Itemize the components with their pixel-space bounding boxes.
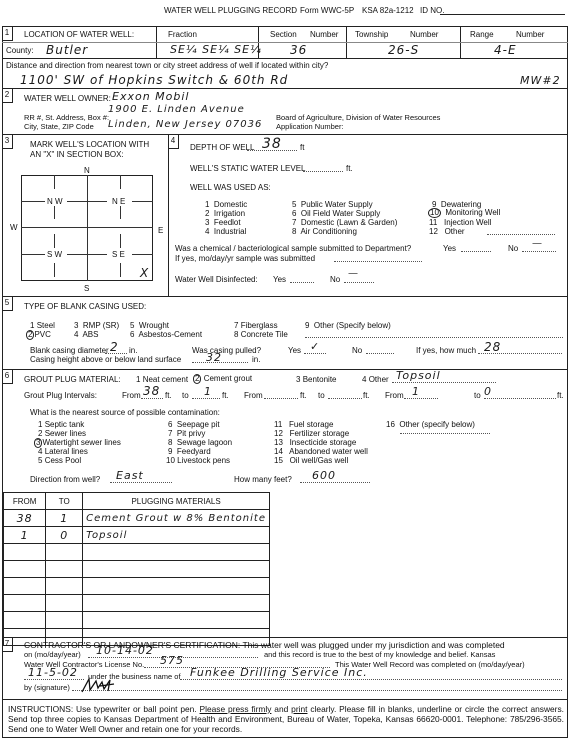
static-level-label: WELL'S STATIC WATER LEVEL bbox=[190, 164, 305, 173]
table-row bbox=[4, 595, 270, 612]
quadrant-sw: S W bbox=[47, 250, 62, 259]
mark-location-title-1: MARK WELL'S LOCATION WITH bbox=[30, 140, 149, 149]
how-much-field[interactable]: 28 bbox=[484, 340, 501, 354]
certification-line-2: and this record is true to the best of m… bbox=[264, 650, 495, 659]
well-id-note: MW#2 bbox=[520, 74, 561, 87]
use-option-10-selected[interactable]: 10 Monitoring Well bbox=[428, 208, 500, 218]
quadrant-ne: N E bbox=[112, 197, 125, 206]
use-option-4[interactable]: 4 Industrial bbox=[205, 227, 246, 236]
source-5[interactable]: 5 Cess Pool bbox=[38, 456, 81, 465]
casing-option-1[interactable]: 1 Steel bbox=[30, 321, 55, 330]
township-number-field[interactable]: 26-S bbox=[388, 43, 419, 57]
county-label: County: bbox=[6, 46, 34, 55]
casing-option-2-selected[interactable]: 2PVC bbox=[26, 330, 51, 340]
city-label: City, State, ZIP Code bbox=[24, 122, 94, 131]
diameter-unit: in. bbox=[129, 346, 137, 355]
col-to: TO bbox=[46, 493, 83, 510]
mark-location-title-2: AN "X" IN SECTION BOX: bbox=[30, 150, 124, 159]
section-number: 3 bbox=[2, 134, 13, 149]
used-as-label: WELL WAS USED AS: bbox=[190, 183, 271, 192]
sample-label: Was a chemical / bacteriological sample … bbox=[175, 244, 411, 253]
grout-option-2-selected[interactable]: 2 Cement grout bbox=[193, 374, 252, 384]
interval3-to-field[interactable]: 0 bbox=[484, 385, 492, 398]
diameter-field[interactable]: 2 bbox=[110, 340, 119, 354]
form-title: WATER WELL PLUGGING RECORD bbox=[164, 6, 297, 15]
use-option-5[interactable]: 5 Public Water Supply bbox=[292, 200, 373, 209]
feet-field[interactable]: 600 bbox=[312, 469, 336, 482]
completed-on-label: on (mo/day/year) bbox=[24, 650, 81, 659]
source-11[interactable]: 11 Fuel storage bbox=[274, 420, 333, 429]
source-4[interactable]: 4 Lateral lines bbox=[38, 447, 88, 456]
use-option-8[interactable]: 8 Air Conditioning bbox=[292, 227, 357, 236]
use-option-7[interactable]: 7 Domestic (Lawn & Garden) bbox=[292, 218, 397, 227]
casing-height-label: Casing height above or below land surfac… bbox=[30, 355, 181, 364]
range-number-field[interactable]: 4-E bbox=[494, 43, 517, 57]
record-date-field[interactable]: 11-5-02 bbox=[28, 666, 78, 679]
source-8[interactable]: 8 Sewage lagoon bbox=[168, 438, 232, 447]
table-row bbox=[4, 612, 270, 629]
casing-title: TYPE OF BLANK CASING USED: bbox=[24, 302, 146, 311]
how-much-label: If yes, how much bbox=[416, 346, 476, 355]
interval3-to-unit: ft. bbox=[557, 391, 564, 400]
ksa-reference: KSA 82a-1212 bbox=[362, 6, 414, 15]
pulled-no-label: No bbox=[352, 346, 362, 355]
grout-option-1[interactable]: 1 Neat cement bbox=[136, 375, 188, 384]
compass-w: W bbox=[10, 223, 18, 232]
application-label: Application Number: bbox=[276, 122, 344, 131]
use-option-12[interactable]: 12 Other bbox=[429, 227, 465, 236]
use-option-1[interactable]: 1 Domestic bbox=[205, 200, 247, 209]
source-6[interactable]: 6 Seepage pit bbox=[168, 420, 220, 429]
interval2-to-label: to bbox=[318, 391, 325, 400]
table-row: 381Cement Grout w 8% Bentonite bbox=[4, 510, 270, 527]
use-option-3[interactable]: 3 Feedlot bbox=[205, 218, 241, 227]
interval2-from-unit: ft. bbox=[300, 391, 307, 400]
grout-other-field[interactable]: Topsoil bbox=[396, 369, 441, 382]
sample-date-label: If yes, mo/day/yr sample was submitted bbox=[175, 254, 315, 263]
section-number-label: Number bbox=[310, 30, 338, 39]
interval1-to-field[interactable]: 1 bbox=[204, 385, 212, 398]
fraction-field[interactable]: SE¼ SE¼ SE¼ bbox=[170, 43, 262, 56]
section-number-field[interactable]: 36 bbox=[290, 43, 307, 57]
grout-option-3[interactable]: 3 Bentonite bbox=[296, 375, 337, 384]
compass-n: N bbox=[84, 166, 90, 175]
sample-yes-label: Yes bbox=[443, 244, 456, 253]
source-2[interactable]: 2 Sewer lines bbox=[38, 429, 86, 438]
depth-unit: ft bbox=[300, 143, 304, 152]
diameter-label: Blank casing diameter bbox=[30, 346, 109, 355]
contamination-label: What is the nearest source of possible c… bbox=[30, 408, 220, 417]
county-field[interactable]: Butler bbox=[46, 43, 88, 57]
completed-date-field[interactable]: 10-14-02 bbox=[96, 644, 154, 657]
direction-field[interactable]: East bbox=[116, 469, 144, 482]
pulled-yes-mark[interactable]: ✓ bbox=[310, 340, 320, 353]
city-field[interactable]: Linden, New Jersey 07036 bbox=[108, 119, 262, 130]
board-label: Board of Agriculture, Division of Water … bbox=[276, 113, 440, 122]
casing-height-field[interactable]: 32 bbox=[206, 351, 222, 364]
interval3-from-field[interactable]: 1 bbox=[412, 385, 420, 398]
source-12[interactable]: 12 Fertilizer storage bbox=[274, 429, 349, 438]
instructions: INSTRUCTIONS: Use typewriter or ball poi… bbox=[8, 704, 564, 734]
grout-title: GROUT PLUG MATERIAL: bbox=[24, 375, 121, 384]
interval1-from-unit: ft. bbox=[165, 391, 172, 400]
compass-e: E bbox=[158, 226, 163, 235]
interval1-from-field[interactable]: 38 bbox=[143, 384, 160, 398]
casing-option-9[interactable]: 9 Other (Specify below) bbox=[305, 321, 391, 330]
interval3-to-label: to bbox=[474, 391, 481, 400]
disinfected-label: Water Well Disinfected: bbox=[175, 275, 258, 284]
sample-no-label: No bbox=[508, 244, 518, 253]
id-field[interactable] bbox=[440, 14, 565, 15]
plugging-table: FROM TO PLUGGING MATERIALS 381Cement Gro… bbox=[3, 492, 270, 646]
address-label: RR #, St. Address, Box #: bbox=[24, 113, 109, 122]
table-row: 10Topsoil bbox=[4, 527, 270, 544]
owner-field[interactable]: Exxon Mobil bbox=[112, 90, 189, 103]
static-level-unit: ft. bbox=[346, 164, 353, 173]
interval1-to-unit: ft. bbox=[222, 391, 229, 400]
pulled-yes-label: Yes bbox=[288, 346, 301, 355]
owner-label: WATER WELL OWNER: bbox=[24, 94, 111, 103]
quadrant-se: S E bbox=[112, 250, 125, 259]
table-row bbox=[4, 561, 270, 578]
source-16[interactable]: 16 Other (specify below) bbox=[386, 420, 475, 429]
distance-field[interactable]: 1100' SW of Hopkins Switch & 60th Rd bbox=[20, 73, 288, 87]
quadrant-nw: N W bbox=[47, 197, 63, 206]
use-option-6[interactable]: 6 Oil Field Water Supply bbox=[292, 209, 380, 218]
interval2-from-label: From bbox=[244, 391, 263, 400]
grout-option-4[interactable]: 4 Other bbox=[362, 375, 389, 384]
license-field[interactable]: 575 bbox=[160, 654, 184, 667]
direction-label: Direction from well? bbox=[30, 475, 100, 484]
use-option-2[interactable]: 2 Irrigation bbox=[205, 209, 245, 218]
casing-height-unit: in. bbox=[252, 355, 260, 364]
casing-option-6[interactable]: 6 Asbestos-Cement bbox=[130, 330, 202, 339]
source-10[interactable]: 10 Livestock pens bbox=[166, 456, 230, 465]
intervals-label: Grout Plug Intervals: bbox=[24, 391, 97, 400]
use-option-11[interactable]: 11 Injection Well bbox=[429, 218, 491, 227]
interval3-from-label: From bbox=[385, 391, 404, 400]
col-from: FROM bbox=[4, 493, 46, 510]
signature-scribble-icon bbox=[80, 676, 118, 694]
section-number: 7 bbox=[2, 637, 13, 652]
section-number: 1 bbox=[2, 26, 13, 41]
interval1-from-label: From bbox=[122, 391, 141, 400]
well-location-mark: X bbox=[140, 266, 149, 280]
depth-field[interactable]: 38 bbox=[262, 136, 282, 152]
township-number-label: Number bbox=[410, 30, 438, 39]
distance-label: Distance and direction from nearest town… bbox=[6, 61, 328, 70]
interval1-to-label: to bbox=[182, 391, 189, 400]
township-label: Township bbox=[355, 30, 388, 39]
table-row bbox=[4, 578, 270, 595]
table-row bbox=[4, 544, 270, 561]
feet-label: How many feet? bbox=[234, 475, 292, 484]
section-label: Section bbox=[270, 30, 297, 39]
business-field[interactable]: Funkee Drilling Service Inc. bbox=[190, 666, 368, 679]
pulled-label: Was casing pulled? bbox=[192, 346, 261, 355]
col-materials: PLUGGING MATERIALS bbox=[83, 493, 270, 510]
depth-label: DEPTH OF WELL bbox=[190, 143, 254, 152]
fraction-label: Fraction bbox=[168, 30, 197, 39]
source-9[interactable]: 9 Feedyard bbox=[168, 447, 211, 456]
disinfected-no-mark[interactable]: — bbox=[348, 268, 359, 279]
form-number: Form WWC-5P bbox=[300, 6, 354, 15]
disinfected-yes-label: Yes bbox=[273, 275, 286, 284]
source-7[interactable]: 7 Pit privy bbox=[168, 429, 205, 438]
source-1[interactable]: 1 Septic tank bbox=[38, 420, 84, 429]
source-13[interactable]: 13 Insecticide storage bbox=[274, 438, 356, 447]
casing-option-5[interactable]: 5 Wrought bbox=[130, 321, 169, 330]
casing-option-7[interactable]: 7 Fiberglass bbox=[234, 321, 278, 330]
disinfected-no-label: No bbox=[330, 275, 340, 284]
range-number-label: Number bbox=[516, 30, 544, 39]
range-label: Range bbox=[470, 30, 494, 39]
signature-field[interactable] bbox=[80, 676, 118, 694]
casing-option-8[interactable]: 8 Concrete Tile bbox=[234, 330, 288, 339]
address-field[interactable]: 1900 E. Linden Avenue bbox=[108, 104, 245, 115]
compass-s: S bbox=[84, 284, 89, 293]
source-14[interactable]: 14 Abandoned water well bbox=[274, 447, 368, 456]
signature-label: by (signature) bbox=[24, 683, 70, 692]
casing-option-4[interactable]: 4 ABS bbox=[74, 330, 98, 339]
section-number: 5 bbox=[2, 296, 13, 311]
section-number: 6 bbox=[2, 369, 13, 384]
casing-option-3[interactable]: 3 RMP (SR) bbox=[74, 321, 119, 330]
interval2-to-unit: ft. bbox=[363, 391, 370, 400]
location-title: LOCATION OF WATER WELL: bbox=[24, 30, 134, 39]
source-15[interactable]: 15 Oil well/Gas well bbox=[274, 456, 348, 465]
section-number: 2 bbox=[2, 88, 13, 103]
sample-no-mark[interactable]: — bbox=[532, 238, 543, 249]
section-number: 4 bbox=[168, 134, 179, 149]
